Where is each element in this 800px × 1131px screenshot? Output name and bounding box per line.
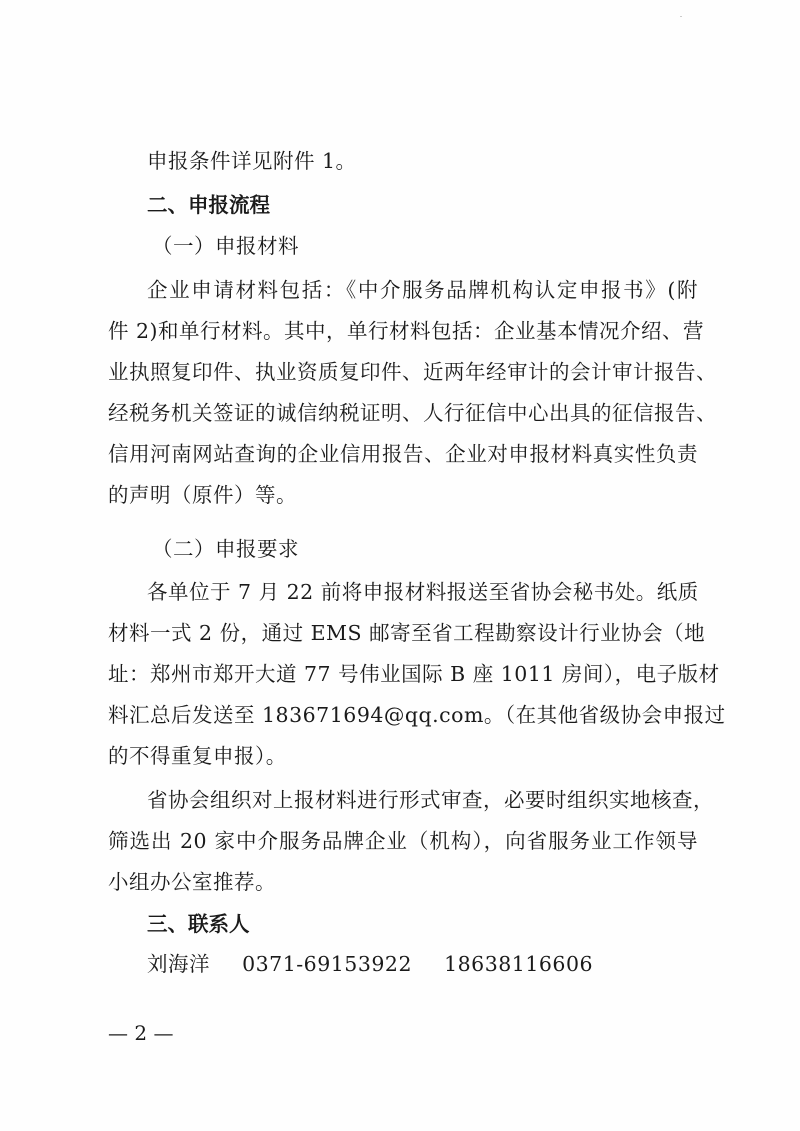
paragraph-line: 材料一式 2 份，通过 EMS 邮寄至省工程勘察设计行业协会（地 [108, 619, 698, 647]
paragraph-line: 件 2)和单行材料。其中，单行材料包括：企业基本情况介绍、营 [108, 317, 698, 345]
section-heading-process: 二、申报流程 [147, 191, 737, 219]
paragraph-line: 各单位于 7 月 22 前将申报材料报送至省协会秘书处。纸质 [147, 578, 698, 606]
paragraph-line: 的声明（原件）等。 [108, 481, 698, 509]
paragraph-line-email: 料汇总后发送至 183671694@qq.com。（在其他省级协会申报过 [108, 701, 698, 729]
section-heading-contact: 三、联系人 [147, 910, 737, 938]
paragraph-line: 信用河南网站查询的企业信用报告、企业对申报材料真实性负责 [108, 440, 698, 468]
paragraph-line: 企业申请材料包括：《中介服务品牌机构认定申报书》(附 [147, 276, 698, 304]
document-page: 申报条件详见附件 1。 二、申报流程 （一）申报材料 企业申请材料包括：《中介服… [0, 0, 800, 1131]
subsection-heading-materials: （一）申报材料 [152, 232, 742, 260]
paragraph-line: 经税务机关签证的诚信纳税证明、人行征信中心出具的征信报告、 [108, 399, 698, 427]
paragraph-line: 业执照复印件、执业资质复印件、近两年经审计的会计审计报告、 [108, 358, 698, 386]
contact-line: 刘海洋 0371-69153922 18638116606 [147, 950, 698, 978]
intro-line: 申报条件详见附件 1。 [147, 147, 698, 175]
contact-phone: 0371-69153922 [242, 952, 412, 976]
paragraph-line: 省协会组织对上报材料进行形式审查，必要时组织实地核查， [147, 786, 698, 814]
contact-mobile: 18638116606 [444, 952, 593, 976]
paragraph-line: 址：郑州市郑开大道 77 号伟业国际 B 座 1011 房间），电子版材 [108, 660, 698, 688]
subsection-heading-requirements: （二）申报要求 [152, 535, 742, 563]
page-number: — 2 — [108, 1019, 173, 1047]
contact-name: 刘海洋 [147, 952, 210, 976]
paragraph-line: 的不得重复申报）。 [108, 742, 698, 770]
paragraph-line: 筛选出 20 家中介服务品牌企业（机构），向省服务业工作领导 [108, 827, 698, 855]
scan-speck [680, 16, 682, 17]
paragraph-line: 小组办公室推荐。 [108, 868, 698, 896]
